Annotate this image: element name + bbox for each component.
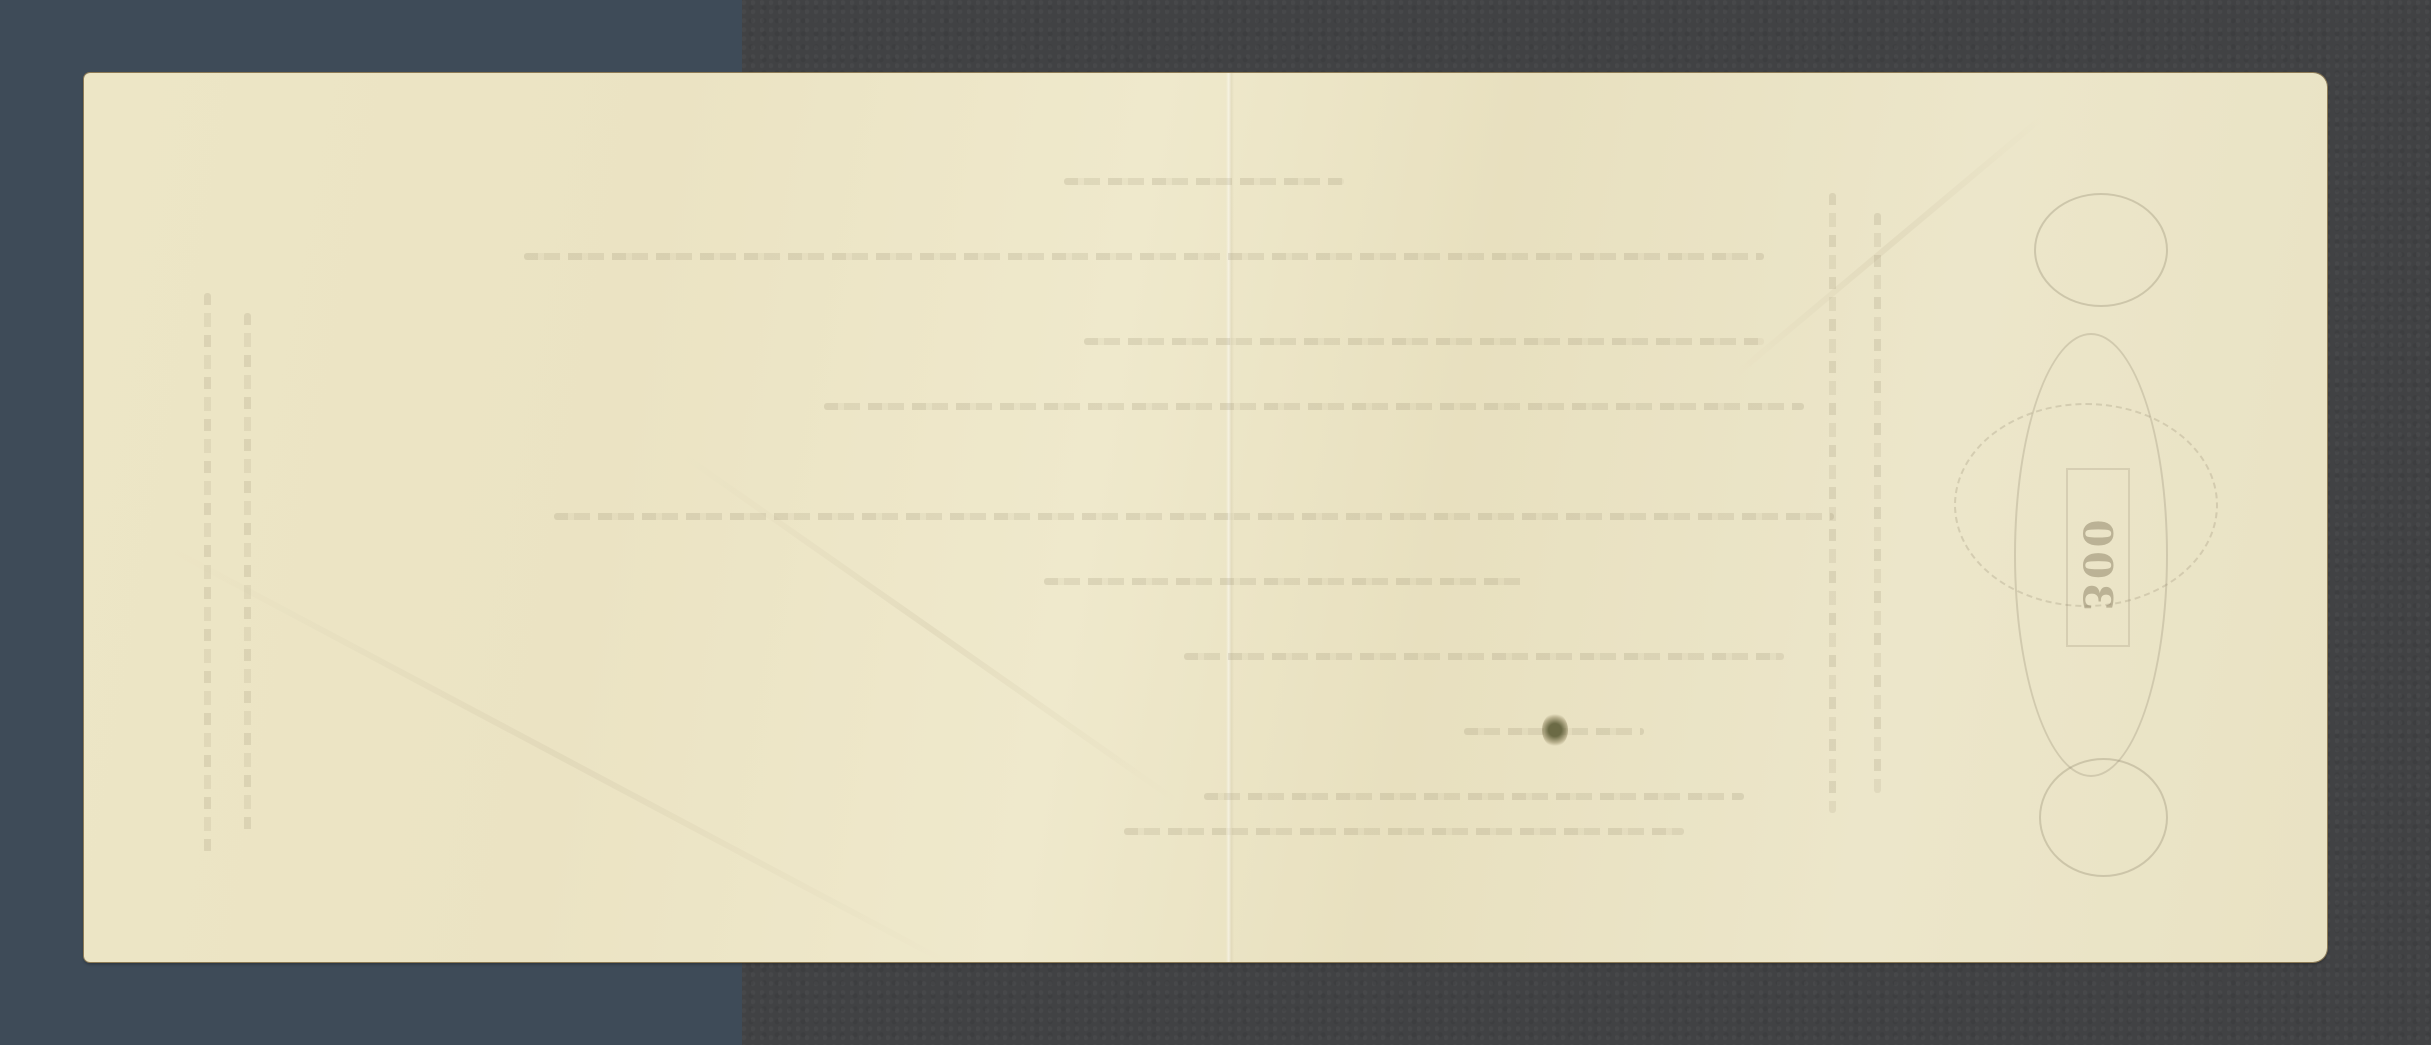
show-through-vertical-text — [1874, 213, 1881, 793]
emblem-denomination-value: 300 — [2062, 513, 2132, 613]
ink-stain — [1542, 713, 1568, 747]
show-through-text-line — [1204, 793, 1744, 800]
show-through-text-line — [1184, 653, 1784, 660]
emblem-top-rosette — [2034, 193, 2168, 307]
show-through-text-line — [1124, 828, 1684, 835]
show-through-text-line — [1044, 578, 1524, 585]
show-through-text-line — [1064, 178, 1344, 185]
show-through-text-line — [824, 403, 1804, 410]
emblem-bottom-rosette — [2039, 758, 2168, 877]
diagonal-crease — [163, 543, 960, 962]
show-through-text-line — [554, 513, 1834, 520]
show-through-text-line — [1084, 338, 1764, 345]
document-paper: 300 — [84, 73, 2327, 962]
show-through-vertical-text — [244, 313, 251, 833]
show-through-text-line — [524, 253, 1764, 260]
denomination-emblem: 300 — [1954, 183, 2224, 903]
show-through-vertical-text — [204, 293, 211, 853]
show-through-vertical-text — [1829, 193, 1836, 813]
diagonal-crease — [682, 454, 1177, 803]
